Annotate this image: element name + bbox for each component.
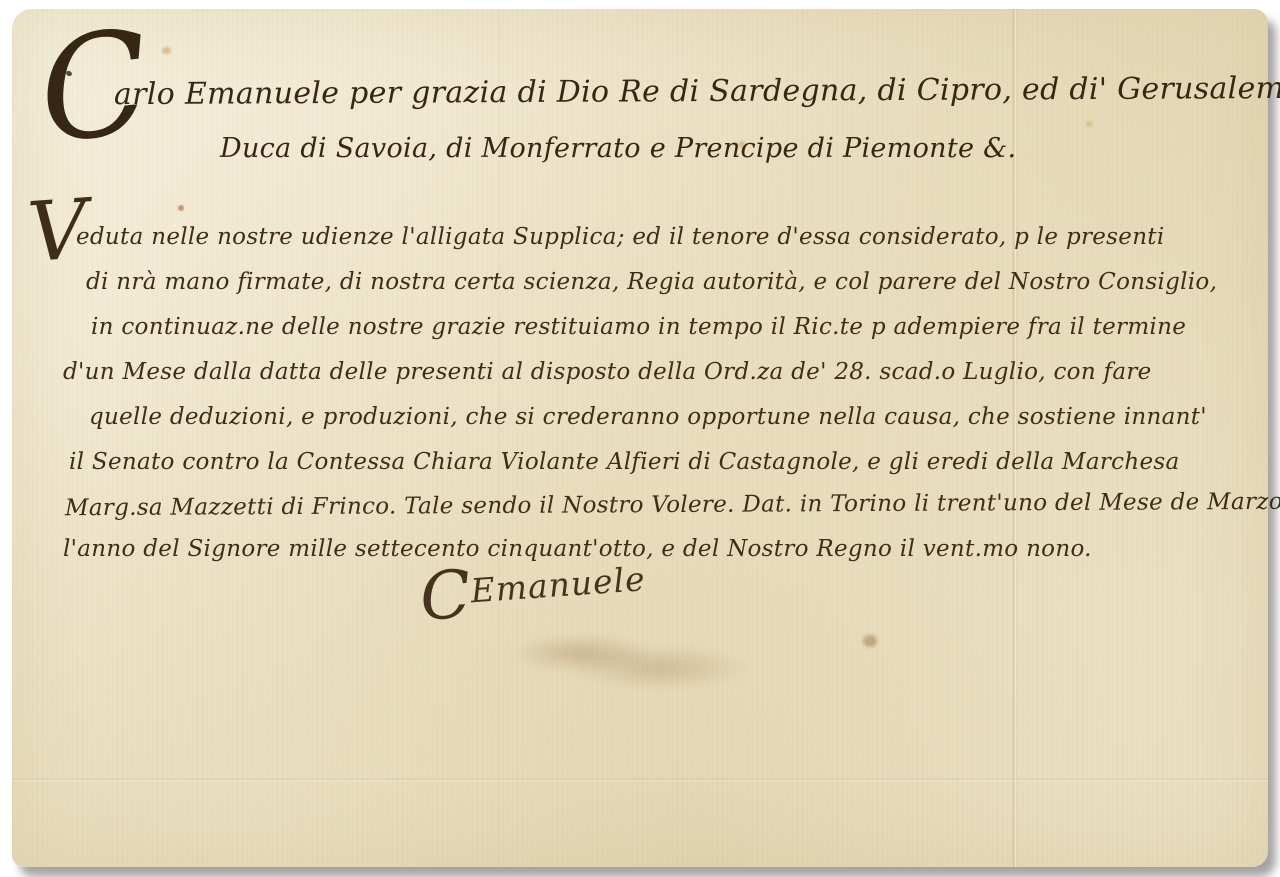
body-line-2: di nrà mano firmate, di nostra certa sci… — [86, 271, 1217, 294]
signature-name: Emanuele — [469, 559, 646, 610]
body-line-3: in continuaz.ne delle nostre grazie rest… — [91, 316, 1186, 339]
stain-blot — [480, 621, 770, 706]
heading-line-1: arlo Emanuele per grazia di Dio Re di Sa… — [114, 74, 1280, 110]
body-line-6: il Senato contro la Contessa Chiara Viol… — [69, 451, 1180, 474]
ink-speck — [178, 205, 184, 211]
foxing-spot — [162, 47, 171, 54]
body-line-4: d'un Mese dalla datta delle presenti al … — [63, 361, 1152, 384]
scan-background: C arlo Emanuele per grazia di Dio Re di … — [0, 0, 1280, 877]
body-line-7: Marg.sa Mazzetti di Frinco. Tale sendo i… — [65, 491, 1280, 520]
royal-signature: CEmanuele — [418, 549, 648, 631]
signature-flourish: C — [418, 555, 474, 635]
body-line-5: quelle deduzioni, e produzioni, che si c… — [89, 406, 1207, 429]
manuscript-paper: C arlo Emanuele per grazia di Dio Re di … — [12, 9, 1268, 867]
heading-line-2: Duca di Savoia, di Monferrato e Prencipe… — [220, 135, 1016, 162]
foxing-spot — [863, 635, 877, 647]
body-line-1: eduta nelle nostre udienze l'alligata Su… — [76, 226, 1165, 249]
foxing-spot — [1086, 121, 1093, 127]
horizontal-fold-crease — [12, 778, 1268, 782]
